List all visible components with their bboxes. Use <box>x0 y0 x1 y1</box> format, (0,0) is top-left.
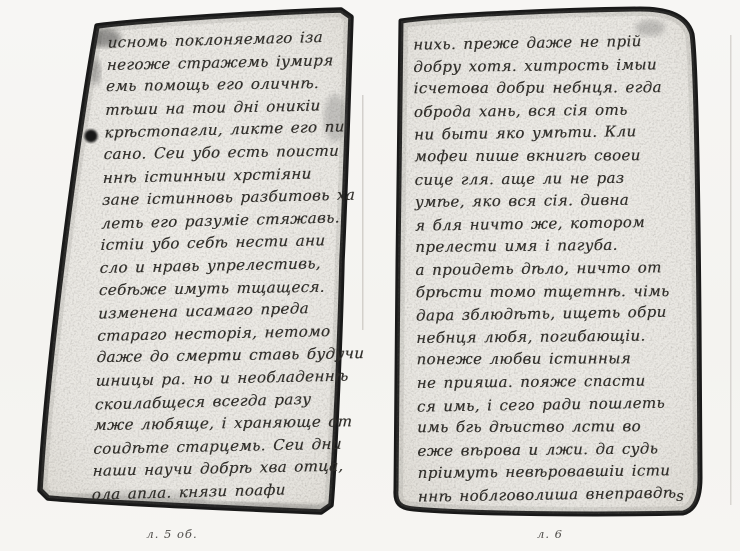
photo-plate-edge-right <box>730 35 732 505</box>
folio-caption-left: л. 5 об. <box>124 527 220 541</box>
manuscript-photo: исномь поклоняемаго іза негоже стражемь … <box>0 0 740 551</box>
manuscript-line: даже до смерти ставь будучи <box>96 342 365 369</box>
manuscript-line: пріимуть невѣровавшіи істи <box>417 460 676 485</box>
manuscript-line: небнця любя, погибающіи. <box>416 324 675 349</box>
manuscript-line: дара зблюдѣть, ищеть обри <box>416 301 675 328</box>
manuscript-line: мофеи пише вкнигѣ своеи <box>414 144 673 168</box>
manuscript-line: ся имь, і сего ради пошлеть <box>417 391 676 418</box>
ink-blot <box>85 130 98 143</box>
manuscript-line: прелести имя і пагуба. <box>415 234 674 259</box>
manuscript-line: мже любяще, і храняюще от <box>94 410 363 437</box>
manuscript-line: нихь. преже даже не прій <box>413 30 672 57</box>
manuscript-line: сано. Сеи убо есть поисти <box>103 139 372 166</box>
manuscript-line: ннѣ ноблговолиша внеправдѣ <box>418 481 677 508</box>
manuscript-line: емь помощь его оличнѣ. <box>106 71 375 98</box>
manuscript-line: ни быти яко умѣти. Кли <box>414 120 673 147</box>
manuscript-line: умѣе, яко вся сія. дивна <box>415 188 674 213</box>
manuscript-line: имь бгь дѣиство лсти во <box>417 415 676 439</box>
manuscript-line: а проидеть дѣло, ничто от <box>415 256 674 281</box>
manuscript-line: ісчетова добри небнця. егда <box>414 76 673 100</box>
left-page-text: исномь поклоняемаго іза негоже стражемь … <box>91 25 375 505</box>
manuscript-line: еже вѣрова и лжи. да судь <box>417 437 676 462</box>
manuscript-line: сице гля. аще ли не раз <box>414 166 673 191</box>
manuscript-line: не прияша. пояже спасти <box>417 369 676 394</box>
folio-caption-right: л. 6 <box>502 527 598 541</box>
manuscript-line: я бля ничто же, котором <box>415 210 674 237</box>
manuscript-line: добру хотя. хитрость імыи <box>413 53 672 78</box>
manuscript-line: понеже любви істинныя <box>416 347 675 371</box>
manuscript-line: брѣсти томо тщетнѣ. чімь <box>416 280 675 304</box>
right-page-text: нихь. преже даже не прій добру хотя. хит… <box>413 30 676 507</box>
scribal-flourish: ѕ <box>676 487 684 505</box>
